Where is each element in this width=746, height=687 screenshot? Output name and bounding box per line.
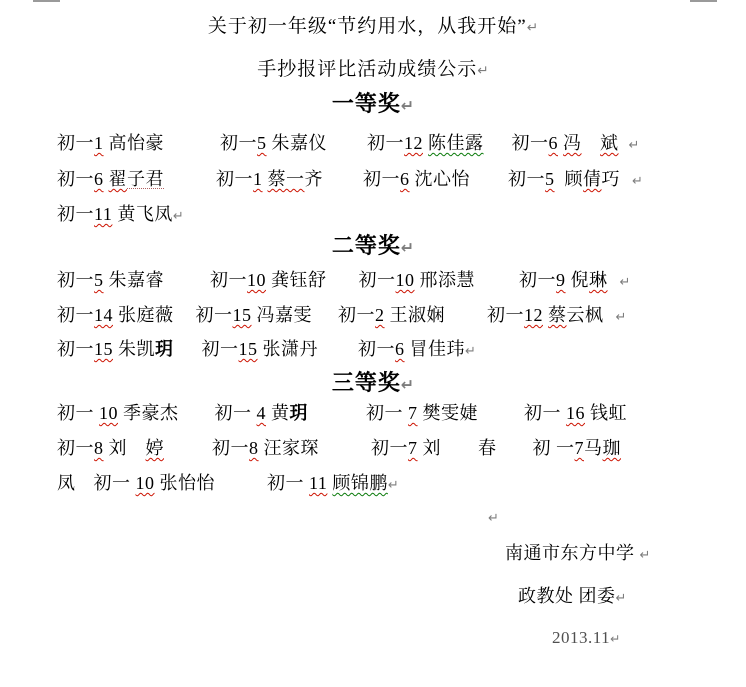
second-prize-row-1: 初一5 朱嘉睿初一10 龚钰舒初一10 邢添慧初一9 倪琳↵	[57, 270, 740, 291]
text-segment: 凤	[57, 473, 76, 493]
paragraph-mark-icon: ↵	[629, 138, 640, 153]
text-segment: 初一	[215, 403, 257, 423]
text-segment	[582, 133, 601, 153]
text-segment: 王淑娴	[385, 305, 446, 325]
third-prize-row-1: 初一 10 季豪杰初一 4 黄玥初一 7 樊雯婕初一 16 钱虹	[57, 403, 740, 424]
paragraph-mark-icon: ↵	[401, 375, 414, 394]
text-segment: 6	[400, 169, 410, 189]
text-segment: 11	[94, 204, 112, 224]
text-segment: 初一	[267, 473, 309, 493]
text-segment: 玥	[155, 339, 174, 359]
heading-second-prize: 二等奖↵	[0, 233, 746, 258]
margin-mark-left	[33, 0, 60, 2]
text-segment: 琳	[589, 270, 608, 290]
text-segment: 初一	[358, 339, 395, 359]
first-prize-row-3: 初一11 黄飞凤↵	[57, 204, 740, 225]
text-segment: 初一	[512, 133, 549, 153]
text-segment: 4	[257, 403, 267, 423]
text-segment: 初一	[57, 305, 94, 325]
text-segment: 初一	[338, 305, 375, 325]
text-segment: 2013.11	[552, 628, 610, 647]
text-segment: 初一	[487, 305, 524, 325]
text-segment: 10	[396, 270, 415, 290]
text-segment: 玥	[290, 403, 309, 423]
text-segment: 冯	[563, 133, 582, 153]
text-segment: 初一	[57, 204, 94, 224]
paragraph-mark-icon: ↵	[388, 478, 399, 493]
text-segment: 初一	[212, 438, 249, 458]
column-gap	[475, 285, 519, 286]
text-segment: 手抄报评比活动成绩公示	[257, 59, 477, 80]
column-gap	[174, 354, 202, 355]
text-segment: 黄	[266, 403, 290, 423]
text-segment: 12	[404, 133, 423, 153]
text-segment: 1	[94, 133, 104, 153]
text-segment: 汪家琛	[259, 438, 320, 458]
text-segment: 冯嘉雯	[252, 305, 313, 325]
text-segment: 6	[395, 339, 405, 359]
text-segment: 二等奖	[332, 233, 401, 258]
text-segment: 5	[94, 270, 104, 290]
column-gap	[319, 453, 371, 454]
text-segment: 一等奖	[332, 91, 401, 116]
text-segment: 初一	[57, 403, 99, 423]
text-segment: 高怡豪	[104, 133, 165, 153]
text-segment: 10	[247, 270, 266, 290]
paragraph-mark-icon: ↵	[465, 344, 476, 359]
text-segment: 15	[94, 339, 113, 359]
text-segment: 初一	[508, 169, 545, 189]
paragraph-mark-icon: ↵	[610, 632, 620, 646]
column-gap	[484, 148, 512, 149]
text-segment: 初一	[57, 339, 94, 359]
text-segment: 6	[549, 133, 559, 153]
text-segment: 龚钰舒	[266, 270, 327, 290]
text-segment: 初一	[371, 438, 408, 458]
footer-school: 南通市东方中学 ↵	[505, 543, 740, 564]
heading-first-prize: 一等奖↵	[0, 91, 746, 116]
text-segment: 初一	[363, 169, 400, 189]
text-segment: 子君	[127, 169, 164, 189]
text-segment: 政教处 团委	[518, 586, 616, 606]
text-segment: 翟	[109, 169, 128, 189]
margin-mark-right	[690, 0, 717, 2]
text-segment: 7	[575, 438, 585, 458]
column-gap	[164, 285, 210, 286]
text-segment: 南通市东方中学	[505, 543, 640, 563]
second-prize-row-2: 初一14 张庭薇初一15 冯嘉雯初一2 王淑娴初一12 蔡云枫↵	[57, 305, 740, 326]
paragraph-mark-icon: ↵	[477, 63, 488, 79]
text-segment: 三等奖	[332, 370, 401, 395]
text-segment: 顾	[555, 169, 584, 189]
text-segment: 马	[584, 438, 603, 458]
text-segment: 初一	[202, 339, 239, 359]
column-gap	[318, 354, 358, 355]
column-gap	[478, 418, 524, 419]
paragraph-mark-icon: ↵	[527, 20, 538, 36]
text-segment: 张怡怡	[155, 473, 216, 493]
text-segment: 初一	[220, 133, 257, 153]
text-segment: 黄飞凤	[112, 204, 173, 224]
column-gap	[164, 148, 220, 149]
text-segment: 初一	[366, 403, 408, 423]
paragraph-mark-icon: ↵	[616, 591, 627, 606]
column-gap	[497, 453, 533, 454]
title-line-2: 手抄报评比活动成绩公示↵	[0, 59, 746, 81]
text-segment: 7	[408, 438, 418, 458]
text-segment: 沈心怡	[410, 169, 471, 189]
text-segment: 珈	[603, 438, 622, 458]
text-segment: 10	[136, 473, 155, 493]
text-segment: 刘	[104, 438, 146, 458]
text-segment: 15	[233, 305, 252, 325]
column-gap	[604, 320, 616, 321]
third-prize-row-3: 凤初一 10 张怡怡初一 11 顾锦鹏↵	[57, 473, 740, 494]
column-gap	[327, 285, 359, 286]
text-segment: 巧	[602, 169, 621, 189]
text-segment: 12	[524, 305, 543, 325]
text-segment: 朱嘉仪	[267, 133, 328, 153]
text-segment: 云枫	[567, 305, 604, 325]
second-prize-row-3: 初一15 朱凯玥初一15 张潇丹初一6 冒佳玮↵	[57, 339, 740, 360]
column-gap	[308, 418, 366, 419]
text-segment: 初一	[367, 133, 404, 153]
text-segment: 5	[257, 133, 267, 153]
text-segment: 朱嘉睿	[104, 270, 165, 290]
text-segment: 14	[94, 305, 113, 325]
column-gap	[164, 184, 216, 185]
text-segment: 樊雯婕	[418, 403, 479, 423]
column-gap	[470, 184, 508, 185]
column-gap	[179, 418, 215, 419]
text-segment: 钱虹	[585, 403, 627, 423]
paragraph-mark-icon: ↵	[632, 174, 643, 189]
paragraph-mark-icon: ↵	[616, 310, 627, 325]
text-segment: 初一	[57, 270, 94, 290]
paragraph-mark-icon: ↵	[401, 96, 414, 115]
text-segment: 刘 春	[418, 438, 497, 458]
paragraph-mark-icon: ↵	[401, 238, 414, 257]
column-gap	[445, 320, 487, 321]
first-prize-row-1: 初一1 高怡豪初一5 朱嘉仪初一12 陈佳露初一6 冯 斌↵	[57, 133, 740, 154]
text-segment: 倩	[583, 169, 602, 189]
column-gap	[323, 184, 363, 185]
paragraph-mark-icon: ↵	[640, 548, 651, 563]
text-segment: 蔡一	[268, 169, 305, 189]
column-gap	[327, 148, 367, 149]
text-segment: 8	[249, 438, 259, 458]
empty-paragraph: ↵	[488, 506, 740, 527]
text-segment: 6	[94, 169, 104, 189]
text-segment: 朱凯	[113, 339, 155, 359]
text-segment: 斌	[600, 133, 619, 153]
text-segment: 初一	[57, 438, 94, 458]
text-segment: 顾锦鹏	[332, 473, 388, 493]
text-segment: 初 一	[533, 438, 575, 458]
text-segment: 8	[94, 438, 104, 458]
column-gap	[174, 320, 196, 321]
text-segment: 冒佳玮	[405, 339, 466, 359]
text-segment: 陈佳露	[428, 133, 484, 153]
text-segment: 5	[545, 169, 555, 189]
text-segment: 2	[375, 305, 385, 325]
text-segment: 初一	[94, 473, 136, 493]
footer-issuer: 政教处 团委↵	[518, 586, 740, 607]
text-segment: 初一	[57, 133, 94, 153]
column-gap	[164, 453, 212, 454]
paragraph-mark-icon: ↵	[173, 209, 184, 224]
column-gap	[312, 320, 338, 321]
text-segment: 初一	[359, 270, 396, 290]
text-segment: 7	[408, 403, 418, 423]
title-line-1: 关于初一年级“节约用水，从我开始”↵	[0, 16, 746, 38]
column-gap	[215, 488, 267, 489]
text-segment: 初一	[216, 169, 253, 189]
text-segment: 15	[239, 339, 258, 359]
column-gap	[619, 148, 629, 149]
column-gap	[608, 285, 620, 286]
text-segment: 邢添慧	[415, 270, 476, 290]
text-segment: 16	[566, 403, 585, 423]
paragraph-mark-icon: ↵	[488, 511, 499, 526]
text-segment: 婷	[146, 438, 165, 458]
footer-date: 2013.11↵	[552, 628, 740, 648]
text-segment: 9	[556, 270, 566, 290]
text-segment: 齐	[305, 169, 324, 189]
third-prize-row-2: 初一8 刘 婷初一8 汪家琛初一7 刘 春初 一7马珈	[57, 438, 740, 459]
text-segment: 初一	[210, 270, 247, 290]
paragraph-mark-icon: ↵	[620, 275, 631, 290]
column-gap	[76, 488, 94, 489]
text-segment: 1	[253, 169, 263, 189]
heading-third-prize: 三等奖↵	[0, 370, 746, 395]
text-segment: 季豪杰	[118, 403, 179, 423]
text-segment: 张庭薇	[113, 305, 174, 325]
text-segment: 初一	[57, 169, 94, 189]
text-segment: 初一	[196, 305, 233, 325]
document-page: 关于初一年级“节约用水，从我开始”↵手抄报评比活动成绩公示↵一等奖↵初一1 高怡…	[0, 0, 746, 687]
text-segment: 初一	[524, 403, 566, 423]
text-segment: 蔡	[548, 305, 567, 325]
text-segment: 关于初一年级“节约用水，从我开始”	[208, 16, 527, 37]
text-segment: 11	[309, 473, 327, 493]
text-segment: 倪	[566, 270, 590, 290]
text-segment: 初一	[519, 270, 556, 290]
text-segment: 10	[99, 403, 118, 423]
first-prize-row-2: 初一6 翟子君初一1 蔡一齐初一6 沈心怡初一5 顾倩巧↵	[57, 169, 740, 190]
column-gap	[620, 184, 632, 185]
text-segment: 张潇丹	[258, 339, 319, 359]
